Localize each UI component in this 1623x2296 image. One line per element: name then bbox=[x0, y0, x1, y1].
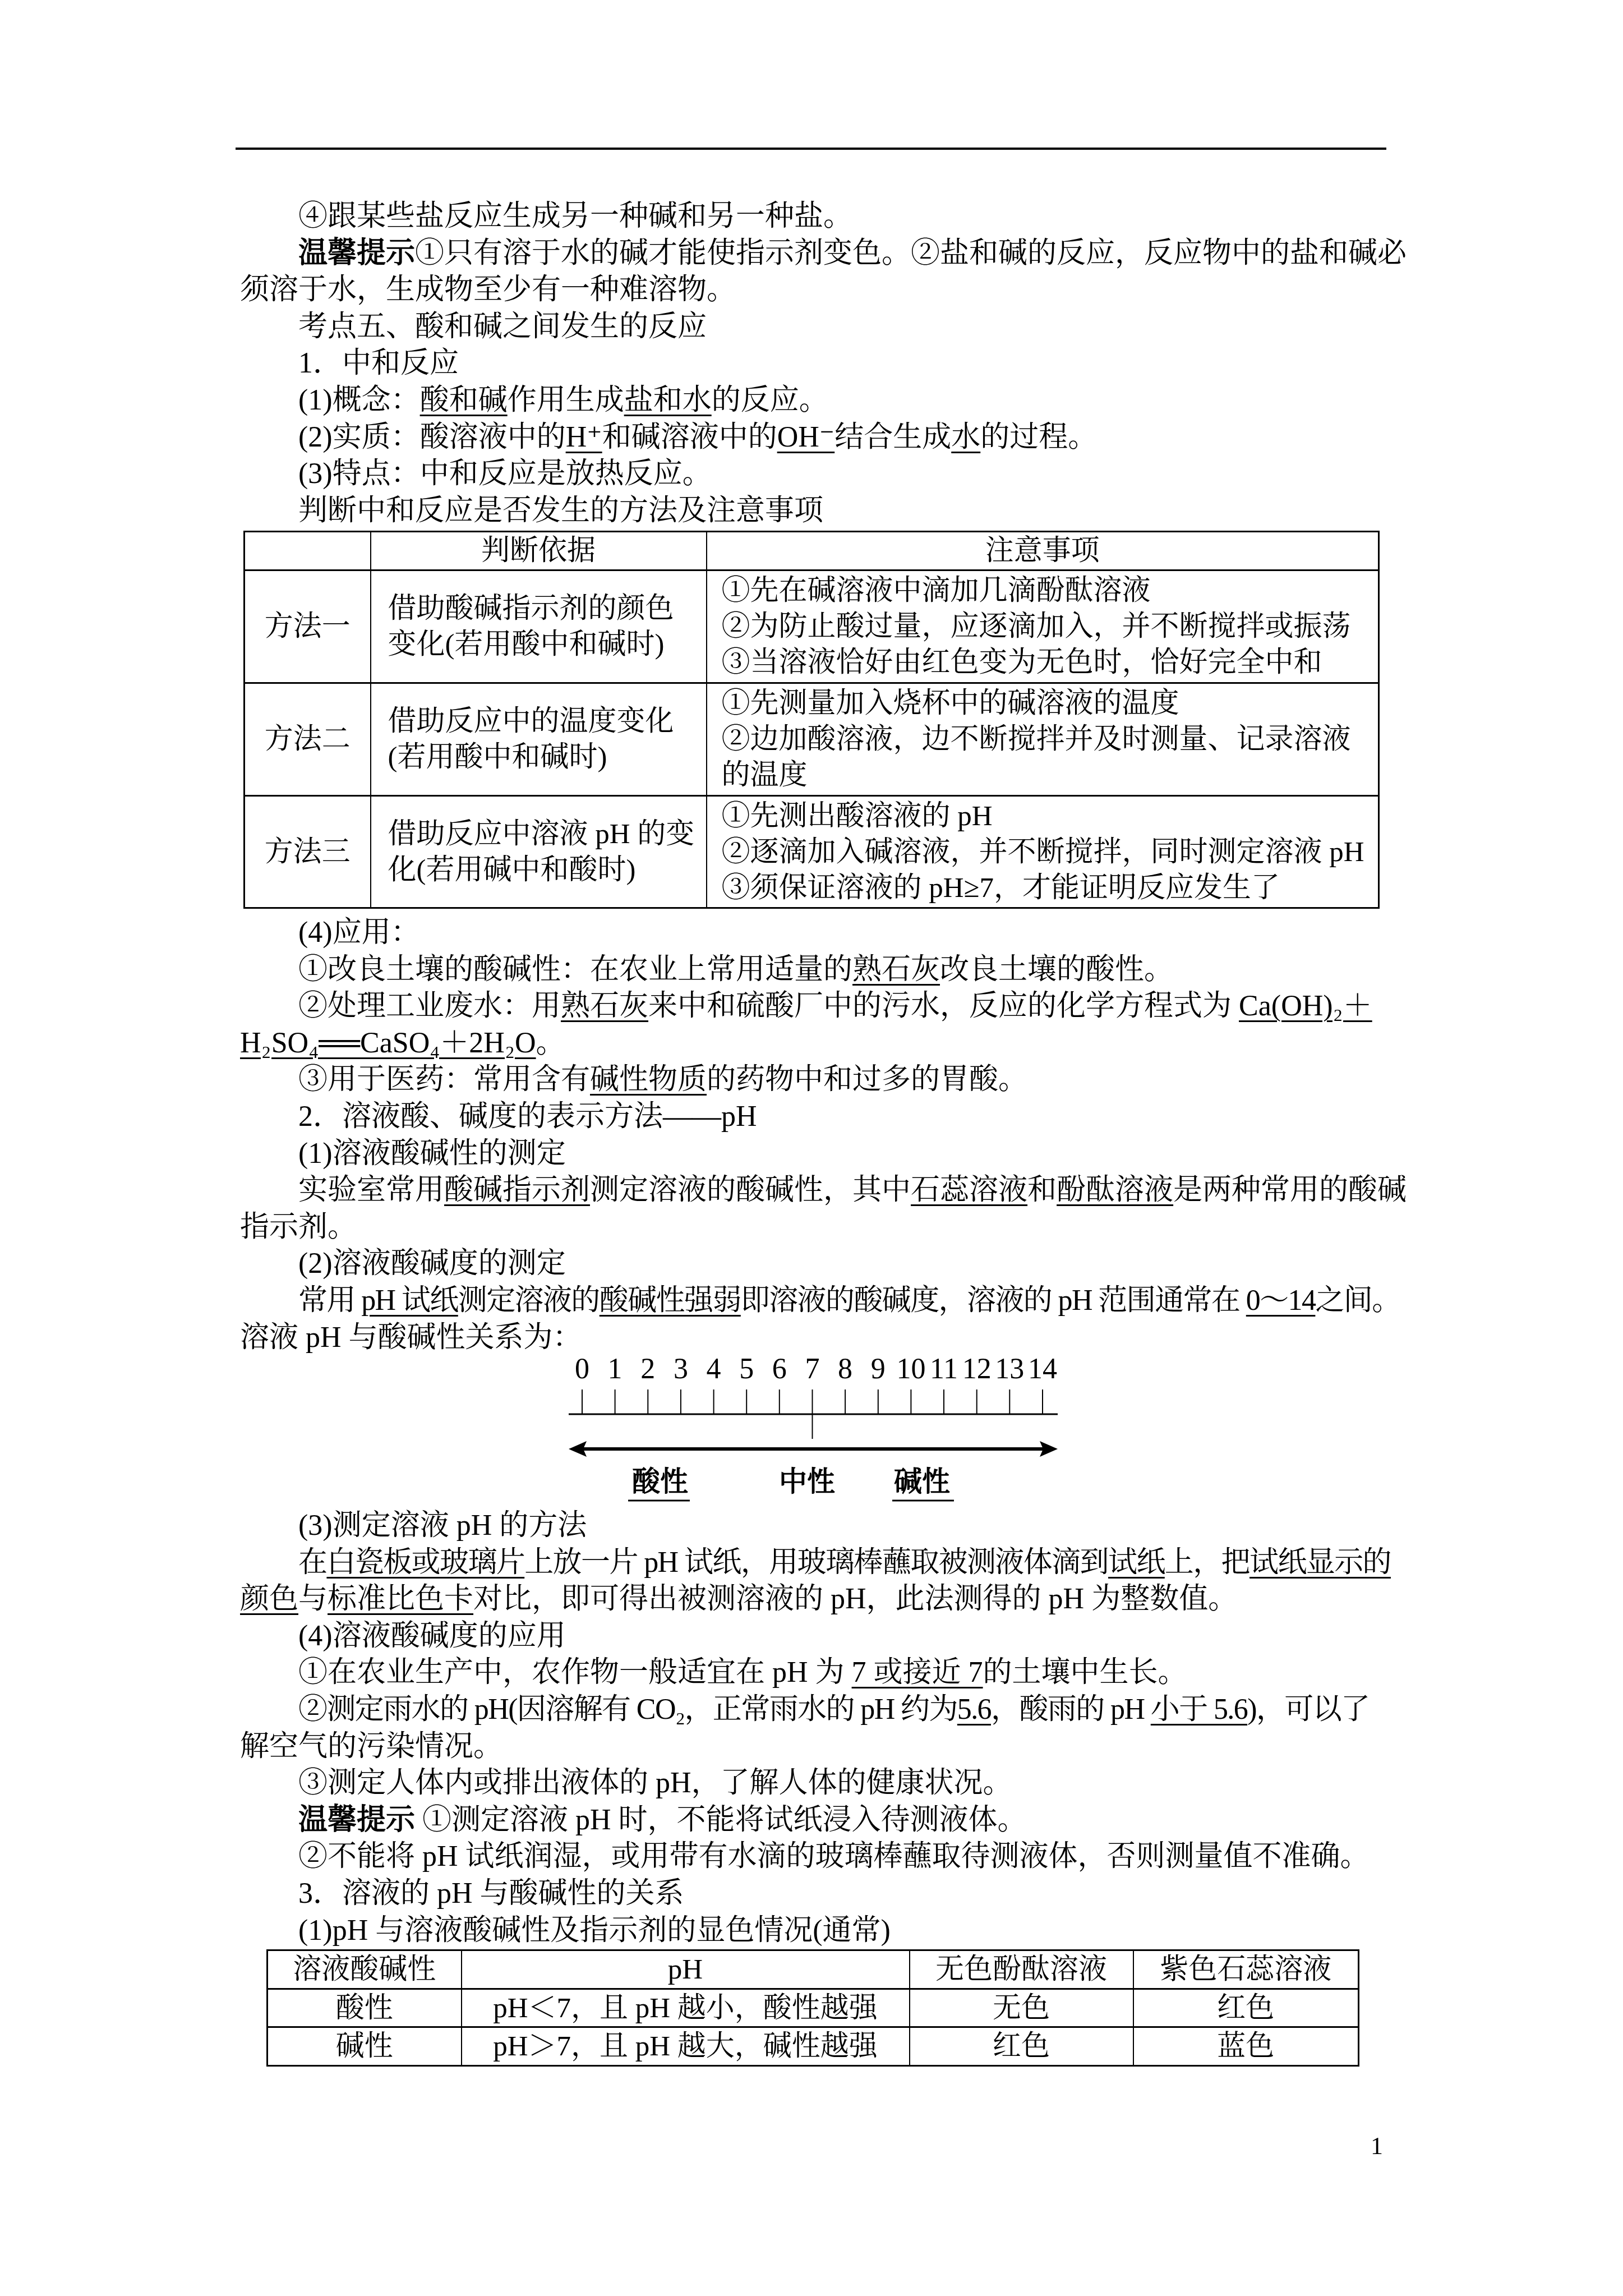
underlined-answer: H⁺ bbox=[566, 421, 602, 453]
text: 常用 bbox=[298, 1285, 361, 1317]
paragraph-line: 常用 pH 试纸测定溶液的酸碱性强弱即溶液的酸碱度，溶液的 pH 范围通常在 0… bbox=[240, 1282, 1384, 1319]
underlined-answer: 石蕊溶液 bbox=[911, 1174, 1027, 1206]
cell-line: ①先在碱溶液中滴加几滴酚酞溶液 bbox=[722, 573, 1378, 609]
table-cell: 红色 bbox=[1133, 1989, 1359, 2027]
paragraph-line: 在白瓷板或玻璃片上放一片 pH 试纸，用玻璃棒蘸取被测液体滴到试纸上，把试纸显示… bbox=[240, 1544, 1384, 1581]
table-cell: pH＞7，且 pH 越大，碱性越强 bbox=[462, 2027, 910, 2066]
underlined-answer: 熟石灰 bbox=[852, 954, 940, 986]
text: 上放一片 pH 试纸，用玻璃棒蘸取被测液体滴到 bbox=[524, 1547, 1108, 1579]
text: 测定溶液的 bbox=[458, 1285, 600, 1317]
text: 和 bbox=[1027, 1174, 1057, 1206]
underlined-answer: 颜色 bbox=[240, 1583, 298, 1615]
paragraph-line: ①改良土壤的酸碱性：在农业上常用适量的熟石灰改良土壤的酸性。 bbox=[240, 951, 1384, 988]
text: 须溶于水，生成物至少有一种难溶物。 bbox=[240, 274, 736, 306]
underlined-answer: 0～14 bbox=[1246, 1285, 1316, 1317]
basis-cell: 借助反应中的温度变化 (若用酸中和碱时) bbox=[371, 683, 707, 796]
text: ③用于医药：常用含有 bbox=[298, 1064, 590, 1096]
cell-line: 借助反应中溶液 pH 的变 bbox=[388, 816, 706, 852]
table-row: 酸性 pH＜7，且 pH 越小，酸性越强 无色 红色 bbox=[268, 1989, 1359, 2027]
text: 的过程。 bbox=[980, 421, 1097, 453]
method-cell: 方法一 bbox=[245, 570, 371, 683]
tick-label: 4 bbox=[707, 1353, 721, 1385]
tick-label: 14 bbox=[1028, 1353, 1057, 1385]
subheading: 2．溶液酸、碱度的表示方法——pH bbox=[240, 1098, 1384, 1135]
subheading: 3．溶液的 pH 与酸碱性的关系 bbox=[240, 1875, 1384, 1912]
basis-cell: 借助酸碱指示剂的颜色 变化(若用酸中和碱时) bbox=[371, 570, 707, 683]
paragraph-line: (2)实质：酸溶液中的H⁺和碱溶液中的OH⁻结合生成水的过程。 bbox=[240, 419, 1384, 456]
underlined-equation: Ca(OH)₂＋ bbox=[1239, 990, 1372, 1022]
underlined-answer: 碱性物质 bbox=[590, 1064, 707, 1096]
text: 的药物中和过多的胃酸。 bbox=[707, 1064, 1027, 1096]
text: 的土壤中生长。 bbox=[983, 1657, 1187, 1688]
notes-cell: ①先在碱溶液中滴加几滴酚酞溶液 ②为防止酸过量，应逐滴加入，并不断搅拌或振荡 ③… bbox=[707, 570, 1379, 683]
table-row: 方法二 借助反应中的温度变化 (若用酸中和碱时) ①先测量加入烧杯中的碱溶液的温… bbox=[245, 683, 1379, 796]
tick-label: 6 bbox=[772, 1353, 787, 1385]
paragraph-line: 实验室常用酸碱指示剂测定溶液的酸碱性，其中石蕊溶液和酚酞溶液是两种常用的酸碱 bbox=[240, 1172, 1384, 1209]
text: 实验室常用 bbox=[298, 1174, 444, 1206]
tip-label: 温馨提示 bbox=[298, 237, 415, 269]
tick-label: 2 bbox=[640, 1353, 655, 1385]
text: 1．中和反应 bbox=[298, 347, 459, 379]
paragraph-line: ②处理工业废水：用熟石灰来中和硫酸厂中的污水，反应的化学方程式为 Ca(OH)₂… bbox=[240, 988, 1384, 1025]
table-cell: 碱性 bbox=[268, 2027, 462, 2066]
underlined-equation: H₂SO₄══CaSO₄＋2H₂O bbox=[240, 1027, 536, 1059]
tick-label: 12 bbox=[962, 1353, 992, 1385]
underlined-answer: 水 bbox=[951, 421, 980, 453]
text: 上，把 bbox=[1165, 1547, 1249, 1579]
underlined-answer: 酸碱性强弱 bbox=[600, 1285, 741, 1317]
text: 判断中和反应是否发生的方法及注意事项 bbox=[298, 495, 823, 527]
subheading: (3)测定溶液 pH 的方法 bbox=[240, 1507, 1384, 1544]
ph-indicator-table: 溶液酸碱性 pH 无色酚酞溶液 紫色石蕊溶液 酸性 pH＜7，且 pH 越小，酸… bbox=[266, 1949, 1359, 2067]
cell-line: ①先测出酸溶液的 pH bbox=[722, 798, 1378, 834]
underlined-answer: 酚酞溶液 bbox=[1057, 1174, 1173, 1206]
paragraph-line: 须溶于水，生成物至少有一种难溶物。 bbox=[240, 272, 1384, 309]
header-cell: 溶液酸碱性 bbox=[268, 1950, 462, 1989]
text: 3．溶液的 pH 与酸碱性的关系 bbox=[298, 1878, 684, 1910]
text: ①只有溶于水的碱才能使指示剂变色。②盐和碱的反应，反应物中的盐和碱必 bbox=[415, 237, 1407, 269]
text: 和碱溶液中的 bbox=[602, 421, 777, 453]
paragraph-line: ③用于医药：常用含有碱性物质的药物中和过多的胃酸。 bbox=[240, 1061, 1384, 1098]
table-cell: pH＜7，且 pH 越小，酸性越强 bbox=[462, 1989, 910, 2027]
text: ①测定溶液 pH 时，不能将试纸浸入待测液体。 bbox=[415, 1804, 1027, 1836]
neutralization-methods-table: 判断依据 注意事项 方法一 借助酸碱指示剂的颜色 变化(若用酸中和碱时) ①先在… bbox=[243, 531, 1380, 909]
neutral-label: 中性 bbox=[779, 1466, 835, 1497]
cell-line: 的温度 bbox=[722, 757, 1378, 793]
paragraph-line: ③测定人体内或排出液体的 pH，了解人体的健康状况。 bbox=[240, 1765, 1384, 1802]
table-row: 方法一 借助酸碱指示剂的颜色 变化(若用酸中和碱时) ①先在碱溶液中滴加几滴酚酞… bbox=[245, 570, 1379, 683]
underlined-answer: 熟石灰 bbox=[561, 990, 648, 1022]
section-base-reactions: ④跟某些盐反应生成另一种碱和另一种盐。 温馨提示①只有溶于水的碱才能使指示剂变色… bbox=[240, 198, 1384, 529]
underlined-answer: 7 或接近 7 bbox=[852, 1657, 983, 1688]
header-cell bbox=[245, 532, 371, 570]
tick-label: 7 bbox=[805, 1353, 820, 1385]
tick-label: 13 bbox=[995, 1353, 1024, 1385]
text: 在 bbox=[298, 1547, 326, 1579]
cell-line: 化(若用碱中和酸时) bbox=[388, 852, 706, 888]
header-cell: pH bbox=[462, 1950, 910, 1989]
ph-scale-diagram: 0 1 2 3 4 5 6 7 8 9 10 11 12 13 14 bbox=[550, 1346, 1088, 1515]
cell-line: ③须保证溶液的 pH≥7，才能证明反应发生了 bbox=[722, 870, 1378, 906]
paragraph-line: ②不能将 pH 试纸润湿，或用带有水滴的玻璃棒蘸取待测液体，否则测量值不准确。 bbox=[240, 1838, 1384, 1875]
text: (2)实质：酸溶液中的 bbox=[298, 421, 566, 453]
paragraph-line: 温馨提示 ①测定溶液 pH 时，不能将试纸浸入待测液体。 bbox=[240, 1802, 1384, 1839]
table-header-row: 溶液酸碱性 pH 无色酚酞溶液 紫色石蕊溶液 bbox=[268, 1950, 1359, 1989]
text: 与 bbox=[298, 1583, 328, 1615]
underlined-answer: 标准比色卡 bbox=[328, 1583, 473, 1615]
header-cell: 注意事项 bbox=[707, 532, 1379, 570]
text: (3)测定溶液 pH 的方法 bbox=[298, 1510, 587, 1542]
underlined-answer: 小于 5.6 bbox=[1151, 1694, 1247, 1726]
subheading: (4)溶液酸碱度的应用 bbox=[240, 1618, 1384, 1655]
table-row: 碱性 pH＞7，且 pH 越大，碱性越强 红色 蓝色 bbox=[268, 2027, 1359, 2066]
cell-line: (若用酸中和碱时) bbox=[388, 739, 706, 775]
text: 的反应。 bbox=[712, 384, 828, 416]
text: ②测定雨水的 pH(因溶解有 CO₂，正常雨水的 pH 约为 bbox=[298, 1694, 957, 1726]
text: ④跟某些盐反应生成另一种碱和另一种盐。 bbox=[298, 200, 852, 232]
cell-line: ①先测量加入烧杯中的碱溶液的温度 bbox=[722, 685, 1378, 721]
text: 作用生成 bbox=[508, 384, 624, 416]
paragraph-line: 解空气的污染情况。 bbox=[240, 1728, 1384, 1765]
table-caption: 判断中和反应是否发生的方法及注意事项 bbox=[240, 493, 1384, 530]
text: 溶液 pH 与酸碱性关系为： bbox=[240, 1322, 582, 1354]
text: (3)特点：中和反应是放热反应。 bbox=[298, 458, 712, 490]
cell-line: 变化(若用酸中和碱时) bbox=[388, 627, 706, 662]
cell-line: 借助反应中的温度变化 bbox=[388, 703, 706, 739]
text: 即溶液的酸碱度，溶液的 pH 范围通常在 bbox=[741, 1285, 1246, 1317]
section-ph-measurement: (3)测定溶液 pH 的方法 在白瓷板或玻璃片上放一片 pH 试纸，用玻璃棒蘸取… bbox=[240, 1507, 1384, 1949]
subheading: (1)溶液酸碱性的测定 bbox=[240, 1135, 1384, 1172]
cell-line: ②逐滴加入碱溶液，并不断搅拌，同时测定溶液 pH bbox=[722, 834, 1378, 870]
text: 结合生成 bbox=[834, 421, 951, 453]
header-cell: 判断依据 bbox=[371, 532, 707, 570]
tick-label: 3 bbox=[674, 1353, 688, 1385]
tick-label: 9 bbox=[871, 1353, 886, 1385]
table-cell: 酸性 bbox=[268, 1989, 462, 2027]
table-header-row: 判断依据 注意事项 bbox=[245, 532, 1379, 570]
text: ②不能将 pH 试纸润湿，或用带有水滴的玻璃棒蘸取待测液体，否则测量值不准确。 bbox=[298, 1841, 1370, 1872]
text: (1)概念： bbox=[298, 384, 420, 416]
table-row: 方法三 借助反应中溶液 pH 的变 化(若用碱中和酸时) ①先测出酸溶液的 pH… bbox=[245, 796, 1379, 908]
text: (2)溶液酸碱度的测定 bbox=[298, 1248, 566, 1280]
underlined-answer: 白瓷板或玻璃片 bbox=[326, 1547, 524, 1579]
cell-line: ②为防止酸过量，应逐滴加入，并不断搅拌或振荡 bbox=[722, 609, 1378, 645]
page-number: 1 bbox=[1371, 2131, 1383, 2162]
method-cell: 方法三 bbox=[245, 796, 371, 908]
underlined-answer: 酸和碱 bbox=[420, 384, 508, 416]
text: 对比，即可得出被测溶液的 pH，此法测得的 pH 为整数值。 bbox=[473, 1583, 1237, 1615]
table-cell: 红色 bbox=[910, 2027, 1133, 2066]
text: ①改良土壤的酸碱性：在农业上常用适量的 bbox=[298, 954, 852, 986]
underlined-answer: OH⁻ bbox=[777, 421, 835, 453]
underlined-answer: pH 试纸 bbox=[361, 1285, 458, 1317]
paragraph-line: ④跟某些盐反应生成另一种碱和另一种盐。 bbox=[240, 198, 1384, 235]
paragraph-line: ①在农业生产中，农作物一般适宜在 pH 为 7 或接近 7的土壤中生长。 bbox=[240, 1654, 1384, 1691]
tick-label: 8 bbox=[838, 1353, 852, 1385]
notes-cell: ①先测出酸溶液的 pH ②逐滴加入碱溶液，并不断搅拌，同时测定溶液 pH ③须保… bbox=[707, 796, 1379, 908]
paragraph-line: (3)特点：中和反应是放热反应。 bbox=[240, 455, 1384, 493]
text: 测定溶液的酸碱性，其中 bbox=[590, 1174, 911, 1206]
paragraph-line: (1)概念：酸和碱作用生成盐和水的反应。 bbox=[240, 382, 1384, 419]
paragraph-line: H₂SO₄══CaSO₄＋2H₂O。 bbox=[240, 1025, 1384, 1062]
text: (1)溶液酸碱性的测定 bbox=[298, 1138, 566, 1170]
section-applications-ph: (4)应用： ①改良土壤的酸碱性：在农业上常用适量的熟石灰改良土壤的酸性。 ②处… bbox=[240, 914, 1384, 1356]
text: )，可以了 bbox=[1247, 1694, 1369, 1726]
underlined-answer: 盐和水 bbox=[624, 384, 712, 416]
section-heading: 考点五、酸和碱之间发生的反应 bbox=[240, 309, 1384, 346]
text: 是两种常用的酸碱 bbox=[1173, 1174, 1407, 1206]
acidic-label: 酸性 bbox=[632, 1466, 688, 1497]
header-rule bbox=[236, 148, 1386, 150]
text: (4)应用： bbox=[298, 917, 420, 949]
paragraph-line: 指示剂。 bbox=[240, 1209, 1384, 1246]
text: 解空气的污染情况。 bbox=[240, 1731, 502, 1763]
method-cell: 方法二 bbox=[245, 683, 371, 796]
basis-cell: 借助反应中溶液 pH 的变 化(若用碱中和酸时) bbox=[371, 796, 707, 908]
text: 。 bbox=[536, 1027, 565, 1059]
header-cell: 紫色石蕊溶液 bbox=[1133, 1950, 1359, 1989]
underlined-answer: 试纸 bbox=[1108, 1547, 1165, 1579]
table-cell: 蓝色 bbox=[1133, 2027, 1359, 2066]
basic-label: 碱性 bbox=[894, 1466, 950, 1497]
subheading: (2)溶液酸碱度的测定 bbox=[240, 1245, 1384, 1282]
text: ③测定人体内或排出液体的 pH，了解人体的健康状况。 bbox=[298, 1767, 1012, 1799]
text: 之间。 bbox=[1315, 1285, 1400, 1317]
text: 来中和硫酸厂中的污水，反应的化学方程式为 bbox=[648, 990, 1239, 1022]
text: 2．溶液酸、碱度的表示方法——pH bbox=[298, 1101, 757, 1133]
double-arrow-icon bbox=[569, 1441, 1058, 1457]
tick-label: 5 bbox=[739, 1353, 754, 1385]
paragraph-line: 温馨提示①只有溶于水的碱才能使指示剂变色。②盐和碱的反应，反应物中的盐和碱必 bbox=[240, 235, 1384, 272]
text: ②处理工业废水：用 bbox=[298, 990, 561, 1022]
underlined-answer: 试纸显示的 bbox=[1249, 1547, 1391, 1579]
cell-line: ②边加酸溶液，边不断搅拌并及时测量、记录溶液 bbox=[722, 721, 1378, 757]
text: ①在农业生产中，农作物一般适宜在 pH 为 bbox=[298, 1657, 852, 1688]
text: (1)pH 与溶液酸碱性及指示剂的显色情况(通常) bbox=[298, 1915, 891, 1947]
cell-line: 借助酸碱指示剂的颜色 bbox=[388, 591, 706, 627]
paragraph-line: ②测定雨水的 pH(因溶解有 CO₂，正常雨水的 pH 约为5.6，酸雨的 pH… bbox=[240, 1691, 1384, 1728]
ph-region-labels: 酸性 中性 碱性 bbox=[632, 1466, 950, 1497]
text: ，酸雨的 pH bbox=[991, 1694, 1151, 1726]
subheading: 1．中和反应 bbox=[240, 345, 1384, 382]
tick-label: 1 bbox=[608, 1353, 623, 1385]
table-cell: 无色 bbox=[910, 1989, 1133, 2027]
ph-tick-labels: 0 1 2 3 4 5 6 7 8 9 10 11 12 13 14 bbox=[575, 1353, 1057, 1385]
text: 改良土壤的酸性。 bbox=[940, 954, 1173, 986]
subheading: (4)应用： bbox=[240, 914, 1384, 951]
header-cell: 无色酚酞溶液 bbox=[910, 1950, 1133, 1989]
document-page: ④跟某些盐反应生成另一种碱和另一种盐。 温馨提示①只有溶于水的碱才能使指示剂变色… bbox=[0, 0, 1623, 2296]
table-caption: (1)pH 与溶液酸碱性及指示剂的显色情况(通常) bbox=[240, 1912, 1384, 1949]
text: 考点五、酸和碱之间发生的反应 bbox=[298, 311, 707, 343]
cell-line: ③当溶液恰好由红色变为无色时，恰好完全中和 bbox=[722, 645, 1378, 680]
notes-cell: ①先测量加入烧杯中的碱溶液的温度 ②边加酸溶液，边不断搅拌并及时测量、记录溶液 … bbox=[707, 683, 1379, 796]
underlined-answer: 5.6 bbox=[957, 1694, 991, 1726]
tick-label: 11 bbox=[930, 1353, 958, 1385]
paragraph-line: 颜色与标准比色卡对比，即可得出被测溶液的 pH，此法测得的 pH 为整数值。 bbox=[240, 1581, 1384, 1618]
tip-label: 温馨提示 bbox=[298, 1804, 415, 1836]
text: 指示剂。 bbox=[240, 1211, 357, 1243]
underlined-answer: 酸碱指示剂 bbox=[444, 1174, 590, 1206]
text: (4)溶液酸碱度的应用 bbox=[298, 1620, 566, 1652]
tick-label: 0 bbox=[575, 1353, 589, 1385]
tick-label: 10 bbox=[896, 1353, 925, 1385]
